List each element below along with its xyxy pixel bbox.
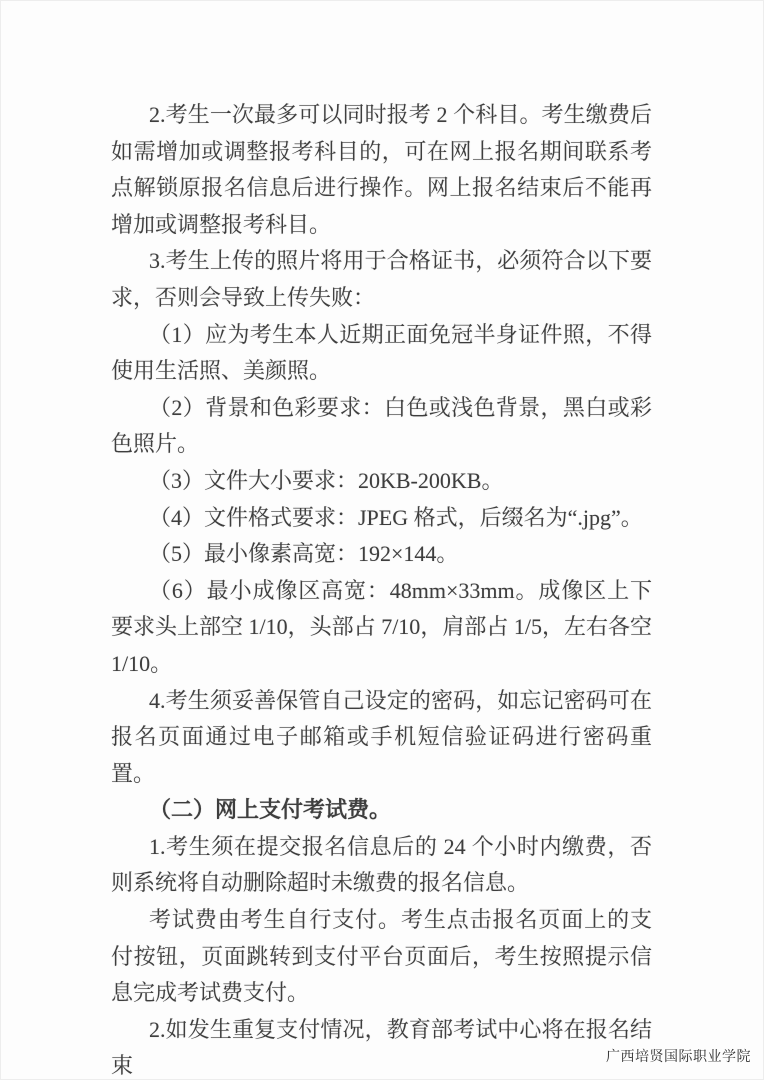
paragraph: 2.考生一次最多可以同时报考 2 个科目。考生缴费后如需增加或调整报考科目的，可… <box>111 97 652 243</box>
paragraph: （1）应为考生本人近期正面免冠半身证件照，不得使用生活照、美颜照。 <box>111 317 652 390</box>
paragraph: 3.考生上传的照片将用于合格证书，必须符合以下要求，否则会导致上传失败： <box>111 243 652 316</box>
paragraph: （3）文件大小要求：20KB-200KB。 <box>111 463 652 500</box>
paragraph: （5）最小像素高宽：192×144。 <box>111 536 652 573</box>
paragraph: 2.如发生重复支付情况，教育部考试中心将在报名结束 <box>111 1012 652 1080</box>
paragraph: 考试费由考生自行支付。考生点击报名页面上的支付按钮，页面跳转到支付平台页面后，考… <box>111 902 652 1012</box>
document-body: 2.考生一次最多可以同时报考 2 个科目。考生缴费后如需增加或调整报考科目的，可… <box>111 97 652 1080</box>
section-heading: （二）网上支付考试费。 <box>111 792 652 829</box>
paragraph: 1.考生须在提交报名信息后的 24 个小时内缴费，否则系统将自动删除超时未缴费的… <box>111 829 652 902</box>
footer-watermark: 广西培贤国际职业学院 <box>606 1046 751 1066</box>
paragraph: 4.考生须妥善保管自己设定的密码，如忘记密码可在报名页面通过电子邮箱或手机短信验… <box>111 683 652 793</box>
paragraph: （4）文件格式要求：JPEG 格式，后缀名为“.jpg”。 <box>111 500 652 537</box>
paragraph: （2）背景和色彩要求：白色或浅色背景，黑白或彩色照片。 <box>111 390 652 463</box>
paragraph: （6）最小成像区高宽：48mm×33mm。成像区上下要求头上部空 1/10，头部… <box>111 573 652 683</box>
document-page: 2.考生一次最多可以同时报考 2 个科目。考生缴费后如需增加或调整报考科目的，可… <box>0 0 764 1080</box>
